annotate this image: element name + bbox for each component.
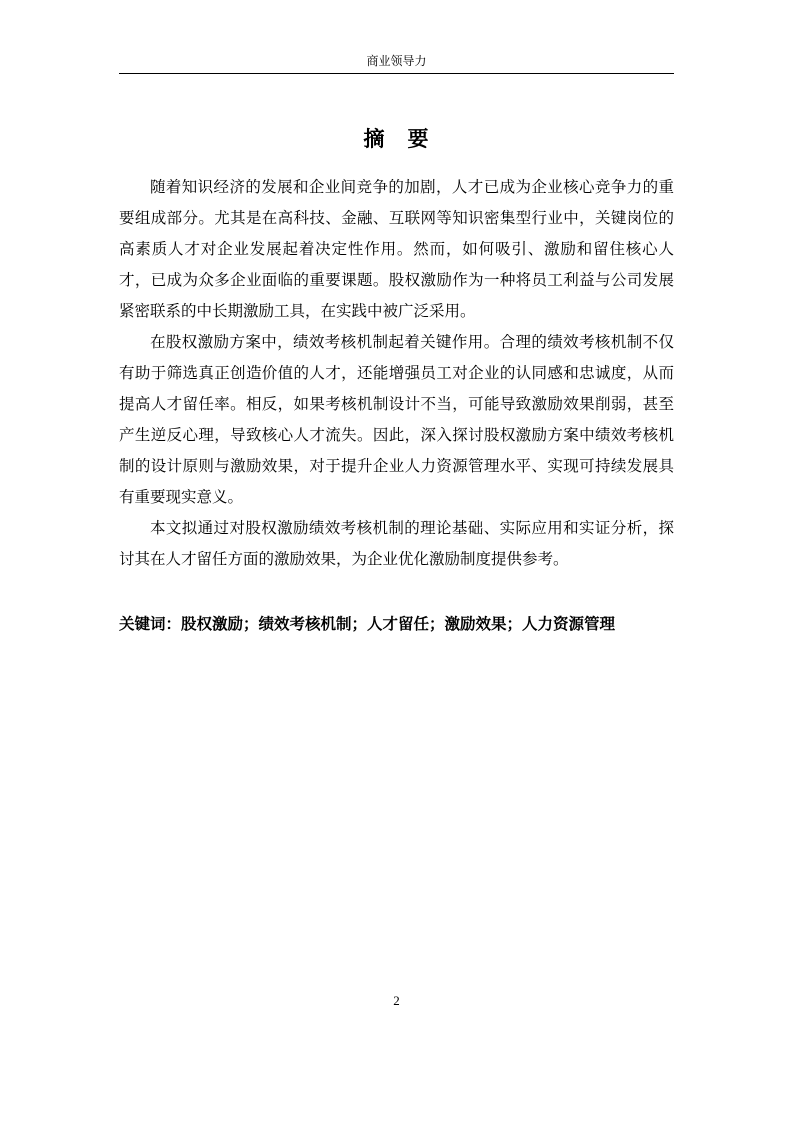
keywords-line: 关键词：股权激励；绩效考核机制；人才留任；激励效果；人力资源管理 [119,609,674,640]
keywords-label: 关键词： [119,616,181,633]
keywords-text: 股权激励；绩效考核机制；人才留任；激励效果；人力资源管理 [181,616,615,633]
document-page: 商业领导力 摘 要 随着知识经济的发展和企业间竞争的加剧，人才已成为企业核心竞争… [0,0,793,1122]
abstract-title: 摘 要 [0,126,793,152]
page-number: 2 [0,993,793,1009]
abstract-body: 随着知识经济的发展和企业间竞争的加剧，人才已成为企业核心竞争力的重要组成部分。尤… [119,172,674,640]
abstract-paragraph: 本文拟通过对股权激励绩效考核机制的理论基础、实际应用和实证分析，探讨其在人才留任… [119,513,674,575]
page-header: 商业领导力 [119,0,674,68]
abstract-paragraph: 随着知识经济的发展和企业间竞争的加剧，人才已成为企业核心竞争力的重要组成部分。尤… [119,172,674,327]
header-divider [119,73,674,74]
abstract-paragraph: 在股权激励方案中，绩效考核机制起着关键作用。合理的绩效考核机制不仅有助于筛选真正… [119,327,674,513]
running-title: 商业领导力 [119,54,674,68]
